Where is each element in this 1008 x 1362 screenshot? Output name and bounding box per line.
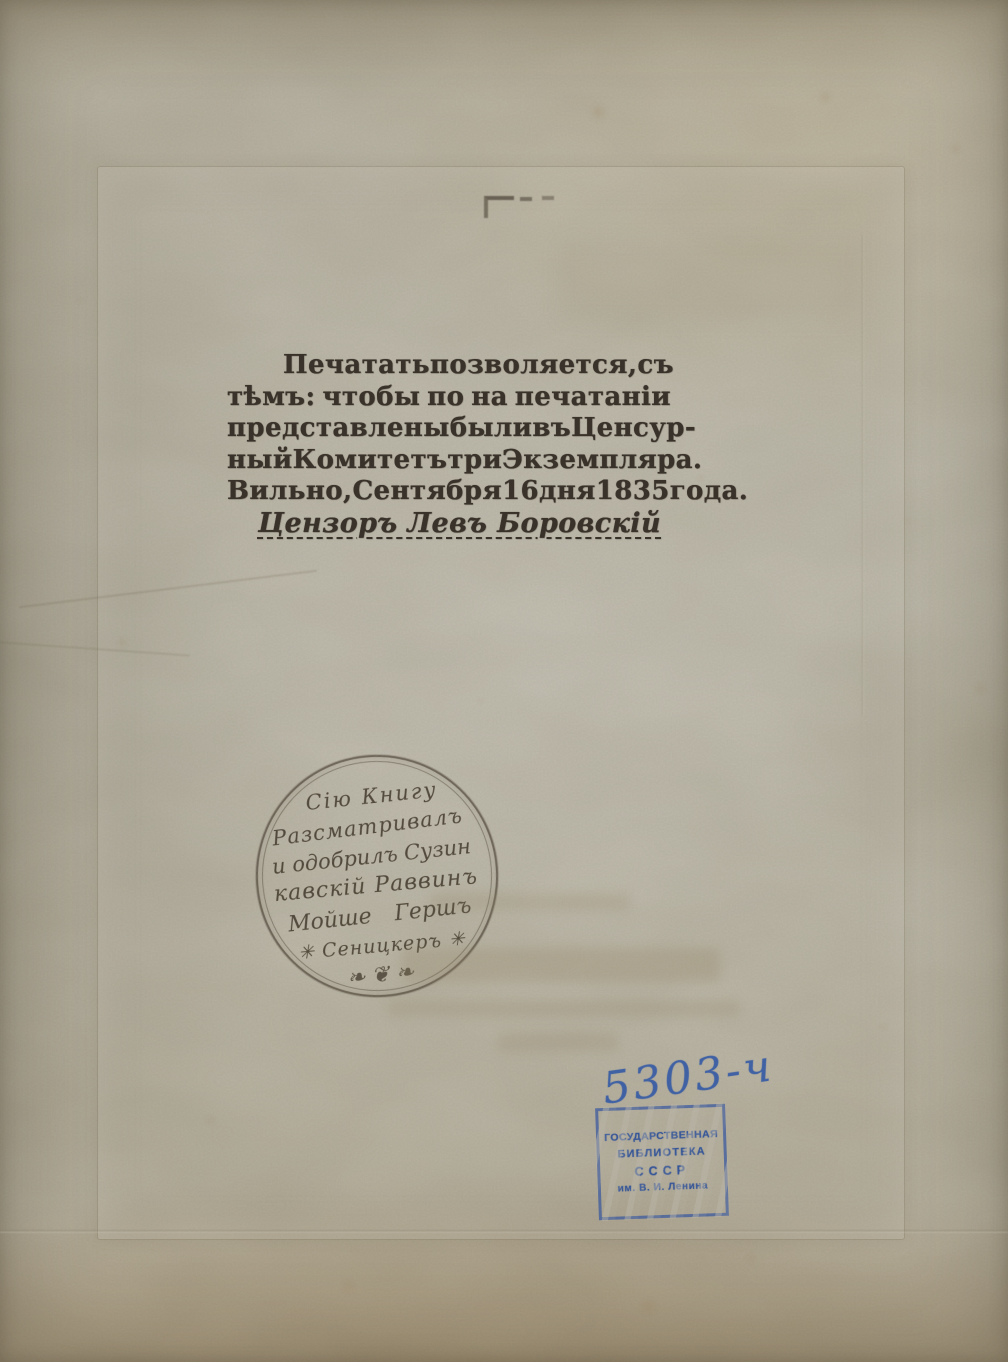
censor-word: были: [450, 413, 533, 443]
censor-line: тѣмъ:чтобыпонапечатаніи: [227, 382, 671, 414]
censor-word: по: [427, 382, 464, 412]
library-stamp-line: ГОСУДАРСТВЕННАЯ: [604, 1129, 718, 1143]
censor-word: 16: [502, 476, 539, 506]
censor-word: Вильно,: [227, 476, 352, 506]
censor-word: на: [471, 382, 508, 412]
library-stamp-line: СССР: [634, 1164, 690, 1178]
bleed-through-text: [388, 1000, 740, 1017]
censor-word: съ: [637, 350, 674, 380]
censor-word: печатаніи: [515, 382, 671, 412]
censor-word: позволяется,: [430, 350, 637, 380]
censor-word: Цензоръ Левъ Боровскій: [258, 508, 661, 539]
censor-word: чтобы: [322, 382, 420, 412]
rabbinic-stamp-line: Разсматривалъ: [271, 800, 465, 853]
plate-mark: [97, 166, 905, 1240]
library-stamp: ГОСУДАРСТВЕННАЯБИБЛИОТЕКАСССРим. В. И. Л…: [595, 1104, 729, 1220]
censor-word: Экземпляра.: [502, 445, 702, 475]
rabbinic-stamp-line: и одобрилъ Сузин: [271, 831, 473, 882]
censor-word: представлены: [227, 413, 450, 443]
censor-word: года.: [670, 476, 749, 506]
library-stamp-line: БИБЛИОТЕКА: [617, 1146, 706, 1160]
bleed-through-text: [498, 1032, 618, 1052]
censor-word: тѣмъ:: [227, 382, 316, 412]
ink-smudge: [484, 196, 514, 218]
censor-word: Комитетъ: [293, 445, 448, 475]
document-scan: Печататьпозволяется,сътѣмъ:чтобыпонапеча…: [0, 0, 1008, 1362]
censor-word: Печатать: [283, 350, 430, 380]
censor-word: три: [447, 445, 502, 475]
censor-line: представленыбыливъЦенсур-: [227, 413, 671, 445]
bleed-through-text: [402, 948, 720, 982]
censor-line: Цензоръ Левъ Боровскій: [227, 508, 671, 540]
censor-word: дня: [539, 476, 596, 506]
library-stamp-line: им. В. И. Ленина: [617, 1181, 708, 1194]
censor-word: въ: [532, 413, 571, 443]
fox-spots: [0, 0, 1, 1]
censor-line: ныйКомитетътриЭкземпляра.: [227, 445, 671, 477]
censor-line: Печататьпозволяется,съ: [227, 350, 671, 382]
bleed-through-text: [430, 893, 630, 911]
censor-word: Сентября: [352, 476, 502, 506]
censor-word: 1835: [596, 476, 670, 506]
bleed-through-text: [560, 240, 860, 320]
censor-notice: Печататьпозволяется,сътѣмъ:чтобыпонапеча…: [227, 350, 671, 539]
censor-line: Вильно,Сентября16дня1835года.: [227, 476, 671, 508]
rabbinic-stamp-line: Сію Книгу: [304, 774, 439, 818]
censor-word: Ценсур-: [571, 413, 696, 443]
censor-word: ный: [227, 445, 293, 475]
